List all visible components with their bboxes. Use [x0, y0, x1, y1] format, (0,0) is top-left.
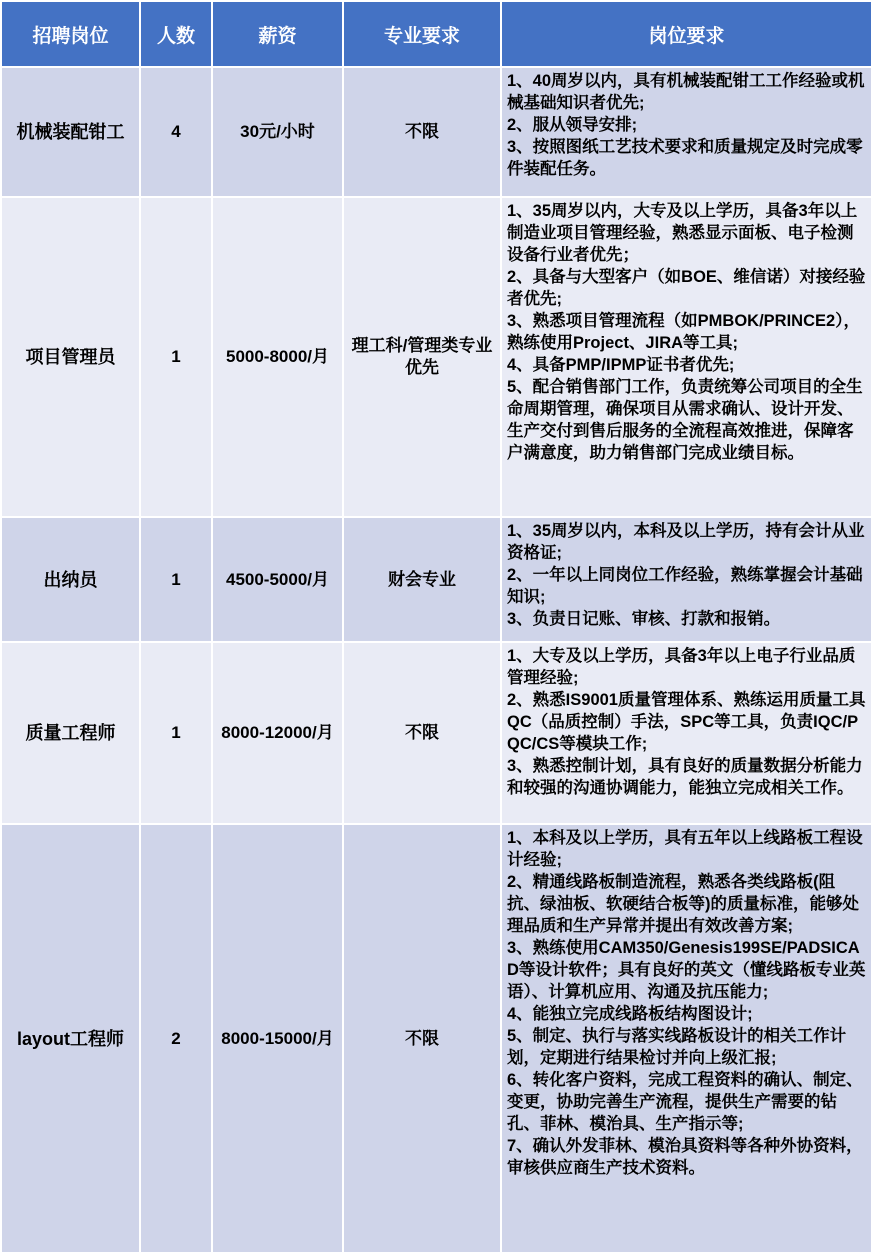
header-headcount: 人数 — [140, 1, 212, 67]
table-row-mechanical-fitter: 机械装配钳工 4 30元/小时 不限 1、40周岁以内，具有机械装配钳工工作经验… — [1, 67, 871, 197]
cell-requirements: 1、35周岁以内，大专及以上学历，具备3年以上制造业项目管理经验，熟悉显示面板、… — [501, 197, 871, 517]
cell-position: 项目管理员 — [1, 197, 140, 517]
cell-requirements: 1、40周岁以内，具有机械装配钳工工作经验或机械基础知识者优先; 2、服从领导安… — [501, 67, 871, 197]
cell-salary: 30元/小时 — [212, 67, 343, 197]
table-row-layout-engineer: layout工程师 2 8000-15000/月 不限 1、本科及以上学历，具有… — [1, 824, 871, 1253]
header-position: 招聘岗位 — [1, 1, 140, 67]
cell-headcount: 1 — [140, 517, 212, 642]
header-major: 专业要求 — [343, 1, 501, 67]
cell-major: 理工科/管理类专业优先 — [343, 197, 501, 517]
cell-salary: 8000-12000/月 — [212, 642, 343, 824]
table-row-project-manager: 项目管理员 1 5000-8000/月 理工科/管理类专业优先 1、35周岁以内… — [1, 197, 871, 517]
cell-requirements: 1、大专及以上学历，具备3年以上电子行业品质管理经验; 2、熟悉IS9001质量… — [501, 642, 871, 824]
cell-major: 财会专业 — [343, 517, 501, 642]
cell-position: 出纳员 — [1, 517, 140, 642]
recruitment-page: 招聘岗位 人数 薪资 专业要求 岗位要求 机械装配钳工 4 30元/小时 不限 … — [0, 0, 871, 1259]
cell-requirements: 1、35周岁以内，本科及以上学历，持有会计从业资格证; 2、一年以上同岗位工作经… — [501, 517, 871, 642]
cell-headcount: 2 — [140, 824, 212, 1253]
cell-position: 机械装配钳工 — [1, 67, 140, 197]
cell-salary: 4500-5000/月 — [212, 517, 343, 642]
cell-major: 不限 — [343, 67, 501, 197]
header-salary: 薪资 — [212, 1, 343, 67]
recruitment-table: 招聘岗位 人数 薪资 专业要求 岗位要求 机械装配钳工 4 30元/小时 不限 … — [0, 0, 871, 1254]
cell-major: 不限 — [343, 824, 501, 1253]
header-row: 招聘岗位 人数 薪资 专业要求 岗位要求 — [1, 1, 871, 67]
cell-headcount: 4 — [140, 67, 212, 197]
cell-salary: 8000-15000/月 — [212, 824, 343, 1253]
cell-headcount: 1 — [140, 197, 212, 517]
cell-position: layout工程师 — [1, 824, 140, 1253]
cell-salary: 5000-8000/月 — [212, 197, 343, 517]
cell-headcount: 1 — [140, 642, 212, 824]
table-row-cashier: 出纳员 1 4500-5000/月 财会专业 1、35周岁以内，本科及以上学历，… — [1, 517, 871, 642]
table-row-quality-engineer: 质量工程师 1 8000-12000/月 不限 1、大专及以上学历，具备3年以上… — [1, 642, 871, 824]
cell-major: 不限 — [343, 642, 501, 824]
cell-position: 质量工程师 — [1, 642, 140, 824]
header-requirements: 岗位要求 — [501, 1, 871, 67]
cell-requirements: 1、本科及以上学历，具有五年以上线路板工程设计经验; 2、精通线路板制造流程，熟… — [501, 824, 871, 1253]
